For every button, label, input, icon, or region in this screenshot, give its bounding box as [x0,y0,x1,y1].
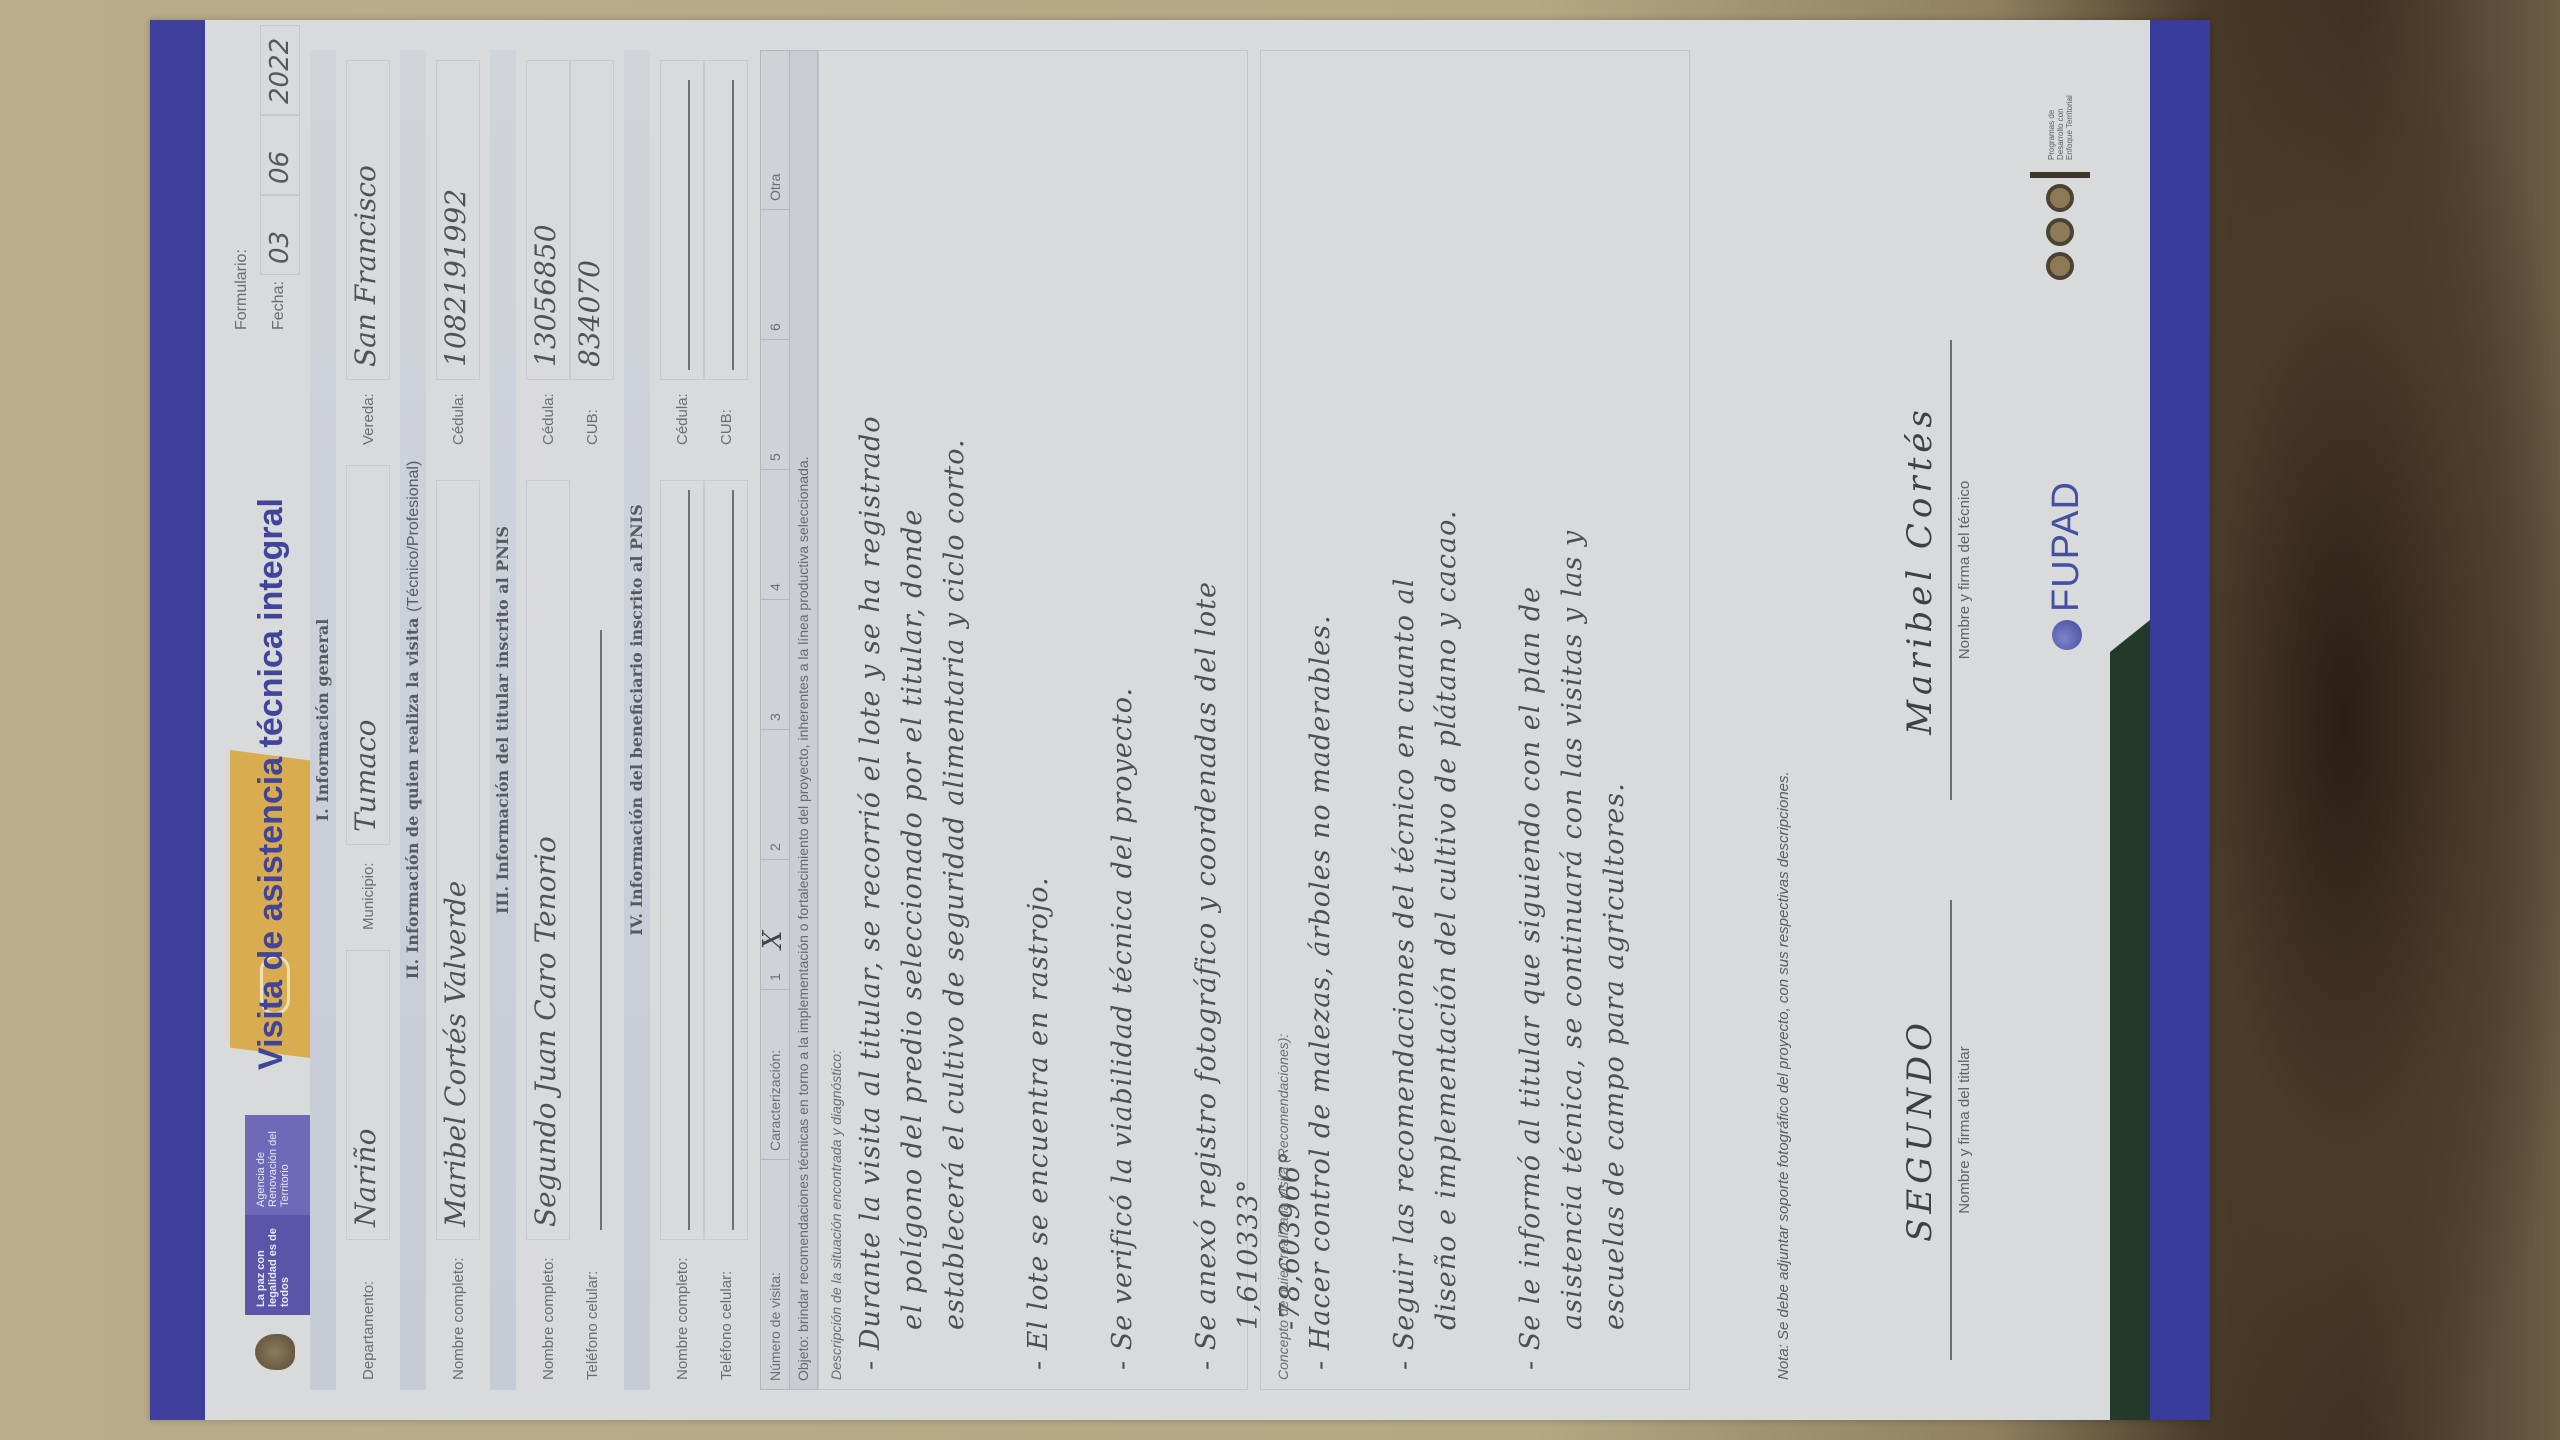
date-day-field[interactable]: 03 [260,195,300,275]
visit-option-2[interactable]: 2 [761,729,789,859]
pdet-logo: Programas de Desarrollo con Enfoque Terr… [2030,90,2090,280]
concepto-line: - Hacer control de malezas, árboles no m… [1300,60,1342,1370]
government-logo: La paz con legalidad es de todos Agencia… [245,1115,315,1315]
visit-option-6[interactable]: 6 [761,209,789,339]
beneficiary-cub-field[interactable] [704,60,748,380]
beneficiary-phone-blank-line [732,490,734,1230]
section-visitor-heading-text: II. Información de quien realiza la visi… [403,617,422,979]
visitor-name-label: Nombre completo: [450,1257,467,1380]
titular-signature-label: Nombre y firma del titular [1956,900,1973,1360]
pdet-caption: Programas de Desarrollo con Enfoque Terr… [2047,90,2074,160]
descripcion-line: - Durante la visita al titular, se recor… [850,60,892,1370]
header-band [150,20,205,1420]
visit-option-5[interactable]: 5 [761,339,789,469]
visit-option-1[interactable]: 1 X [761,859,789,989]
titular-name-row: Nombre completo: Segundo Juan Caro Tenor… [526,50,570,1390]
beneficiary-cedula-label: Cédula: [674,393,691,445]
descripcion-line [1060,60,1102,1370]
descripcion-text: - Durante la visita al titular, se recor… [850,60,1312,1370]
concepto-line [1468,60,1510,1370]
footer-green-band [2110,620,2150,1420]
objeto-statement: Objeto: brindar recomendaciones técnicas… [790,50,818,1390]
titular-cub-field[interactable]: 834070 [570,60,614,380]
form-number-label: Formulario: [233,249,251,330]
municipio-label: Municipio: [360,862,377,930]
visit-number-label: Número de visita: [761,1159,789,1389]
descripcion-line: - Se verificó la viabilidad técnica del … [1102,60,1144,1370]
date-label: Fecha: [270,281,288,330]
beneficiary-cub-blank-line [732,80,734,370]
general-info-row: Departamento: Nariño Municipio: Tumaco V… [346,50,390,1390]
visitor-cedula-field[interactable]: 1082191992 [436,60,480,380]
municipio-field[interactable]: Tumaco [346,465,390,845]
coat-of-arms-icon [255,1334,295,1370]
section-titular-heading: III. Información del titular inscrito al… [490,50,516,1390]
beneficiary-cedula-field[interactable] [660,60,704,380]
beneficiary-phone-row: Teléfono celular: CUB: [704,50,748,1390]
footer-blue-band [2150,20,2210,1420]
beneficiary-cub-label: CUB: [718,409,735,445]
titular-name-label: Nombre completo: [540,1257,557,1380]
descripcion-line: establecerá el cultivo de seguridad alim… [934,60,976,1370]
table-background-shadow [2200,0,2560,1440]
descripcion-line: - El lote se encuentra en rastrojo. [1018,60,1060,1370]
visitor-info-row: Nombre completo: Maribel Cortés Valverde… [436,50,480,1390]
gov-logo-slogan: La paz con legalidad es de todos [245,1215,315,1315]
visit-option-1-label: 1 [767,973,783,981]
beneficiary-phone-field[interactable] [704,480,748,1240]
concepto-line: escuelas de campo para agricultores. [1594,60,1636,1370]
visit-option-1-checkmark: X [759,930,787,949]
spiral-icon [2046,218,2074,246]
descripcion-line: el polígono del predio seleccionado por … [892,60,934,1370]
page-title: Visita de asistencia técnica integral [252,498,291,1070]
beneficiary-name-row: Nombre completo: Cédula: [660,50,704,1390]
descripcion-line [1144,60,1186,1370]
titular-signature-value: SEGUNDO [1890,900,1950,1360]
titular-phone-row: Teléfono celular: CUB: 834070 [570,50,614,1390]
titular-cedula-label: Cédula: [540,393,557,445]
concepto-line: - Se le informó al titular que siguiendo… [1510,60,1552,1370]
caracterizacion-label: Caracterización: [761,989,789,1159]
tecnico-signature-value: Maribel Cortés [1890,340,1950,800]
section-visitor-heading-suffix: (Técnico/Profesional) [405,461,422,612]
beneficiary-name-field[interactable] [660,480,704,1240]
departamento-label: Departamento: [360,1281,377,1380]
visit-number-table: Número de visita: Caracterización: 1 X 2… [760,50,790,1390]
titular-name-field[interactable]: Segundo Juan Caro Tenorio [526,480,570,1240]
date-month-field[interactable]: 06 [260,115,300,195]
concepto-line: asistencia técnica, se continuará con la… [1552,60,1594,1370]
fupad-wordmark: FUPAD [2045,481,2088,612]
descripcion-line: - Se anexó registro fotográfico y coorde… [1186,60,1228,1370]
vereda-field[interactable]: San Francisco [346,60,390,380]
visit-option-other[interactable]: Otra [761,51,789,209]
concepto-line: diseño e implementación del cultivo de p… [1426,60,1468,1370]
beneficiary-cedula-blank-line [688,80,690,370]
titular-cub-label: CUB: [584,409,601,445]
date-year-field[interactable]: 2022 [260,25,300,115]
concepto-label: Concepto de quien realiza la visita (Rec… [1275,1034,1291,1380]
departamento-field[interactable]: Nariño [346,950,390,1240]
tecnico-signature[interactable]: Maribel Cortés Nombre y firma del técnic… [1890,340,1973,800]
beneficiary-phone-label: Teléfono celular: [718,1271,735,1380]
visit-option-4[interactable]: 4 [761,469,789,599]
spiral-icon [2046,184,2074,212]
concepto-line: - Seguir las recomendaciones del técnico… [1384,60,1426,1370]
titular-phone-field[interactable] [570,480,614,1240]
visitor-name-field[interactable]: Maribel Cortés Valverde [436,480,480,1240]
descripcion-label: Descripción de la situación encontrada y… [828,1050,844,1380]
globe-icon [2052,620,2082,650]
tecnico-signature-label: Nombre y firma del técnico [1956,340,1973,800]
gov-logo-agency: Agencia de Renovación del Territorio [245,1115,315,1215]
pdet-stem-icon [2030,172,2090,178]
spiral-icon [2046,252,2074,280]
section-visitor-info-heading: II. Información de quien realiza la visi… [400,50,426,1390]
form-page: La paz con legalidad es de todos Agencia… [150,20,2210,1420]
vereda-label: Vereda: [360,393,377,445]
descripcion-line [976,60,1018,1370]
beneficiary-name-blank-line [688,490,690,1230]
titular-cedula-field[interactable]: 13056850 [526,60,570,380]
beneficiary-name-label: Nombre completo: [674,1257,691,1380]
fupad-logo: FUPAD [2045,481,2088,650]
titular-phone-label: Teléfono celular: [584,1271,601,1380]
titular-phone-blank-line [600,630,602,1230]
concepto-text: - Hacer control de malezas, árboles no m… [1300,60,1636,1370]
concepto-line [1342,60,1384,1370]
section-beneficiary-heading: IV. Información del beneficiario inscrit… [624,50,650,1390]
tecnico-signature-line [1950,340,1952,800]
section-general-info-heading: I. Información general [310,50,336,1390]
photo-support-note: Nota: Se debe adjuntar soporte fotográfi… [1775,771,1792,1380]
visitor-cedula-label: Cédula: [450,393,467,445]
titular-signature-line [1950,900,1952,1360]
titular-signature[interactable]: SEGUNDO Nombre y firma del titular [1890,900,1973,1360]
footer-logos: FUPAD Programas de Desarrollo con Enfoqu… [2025,90,2115,650]
visit-option-3[interactable]: 3 [761,599,789,729]
